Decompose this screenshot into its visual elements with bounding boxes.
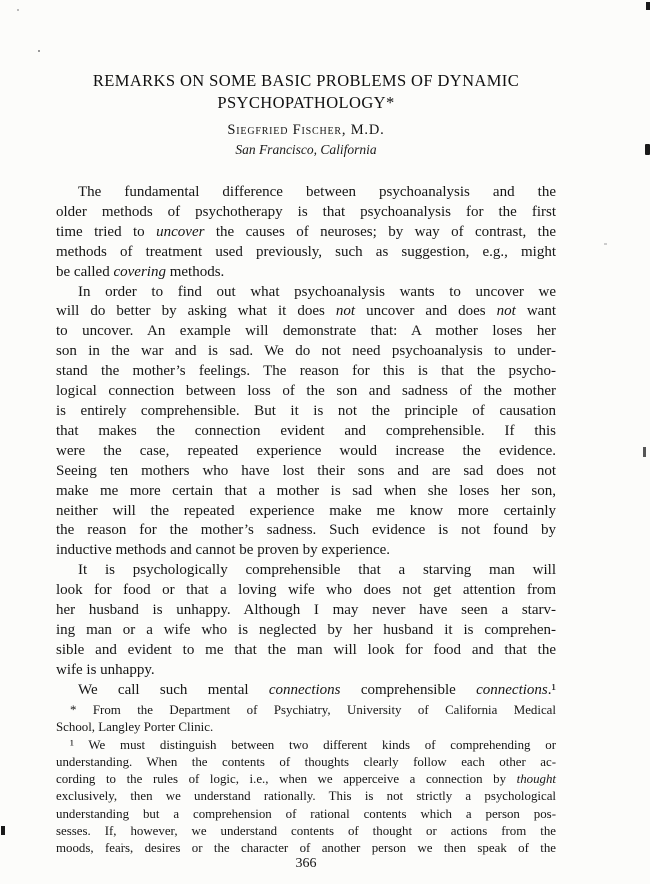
text-line: wife is unhappy. xyxy=(56,661,556,681)
scan-artifact xyxy=(646,2,650,10)
text-line: ing man or a wife who is neglected by he… xyxy=(56,621,556,641)
footnote-1: ¹ We must distinguish between two differ… xyxy=(56,737,556,858)
scan-artifact xyxy=(17,9,19,11)
text-line: is entirely comprehensible. But it is no… xyxy=(56,402,556,422)
text-line: ¹ We must distinguish between two differ… xyxy=(56,737,556,754)
text-line: will do better by asking what it does no… xyxy=(56,302,556,322)
text-line: sesses. If, however, we understand conte… xyxy=(56,823,556,840)
text-line: that makes the connection evident and co… xyxy=(56,422,556,442)
text-line: We call such mental connections comprehe… xyxy=(56,681,556,701)
article-header: REMARKS ON SOME BASIC PROBLEMS OF DYNAMI… xyxy=(56,70,556,158)
paragraph-1: The fundamental difference between psych… xyxy=(56,183,556,283)
text-line: her husband is unhappy. Although I may n… xyxy=(56,601,556,621)
footnotes-section: * From the Department of Psychiatry, Uni… xyxy=(56,702,556,857)
text-line: be called covering methods. xyxy=(56,263,556,283)
text-line: methods of treatment used previously, su… xyxy=(56,243,556,263)
text-line: School, Langley Porter Clinic. xyxy=(56,719,556,736)
text-line: older methods of psychotherapy is that p… xyxy=(56,203,556,223)
paragraph-3: It is psychologically comprehensible tha… xyxy=(56,561,556,680)
scan-artifact xyxy=(645,144,650,155)
text-line: moods, fears, desires or the character o… xyxy=(56,840,556,857)
author-name: Siegfried Fischer, M.D. xyxy=(56,122,556,139)
text-line: to uncover. An example will demonstrate … xyxy=(56,322,556,342)
text-line: sible and evident to me that the man wil… xyxy=(56,641,556,661)
text-line: * From the Department of Psychiatry, Uni… xyxy=(56,702,556,719)
author-affiliation: San Francisco, California xyxy=(56,142,556,158)
text-line: understanding. When the contents of thou… xyxy=(56,754,556,771)
title-line-1: REMARKS ON SOME BASIC PROBLEMS OF DYNAMI… xyxy=(56,70,556,92)
footnote-asterisk: * From the Department of Psychiatry, Uni… xyxy=(56,702,556,737)
scan-artifact xyxy=(604,243,607,245)
text-line: The fundamental difference between psych… xyxy=(56,183,556,203)
text-line: understanding but a comprehension of rat… xyxy=(56,806,556,823)
text-line: In order to find out what psychoanalysis… xyxy=(56,283,556,303)
text-line: exclusively, then we understand rational… xyxy=(56,788,556,805)
text-line: neither will the repeated experience mak… xyxy=(56,502,556,522)
text-line: son in the war and is sad. We do not nee… xyxy=(56,342,556,362)
article-title: REMARKS ON SOME BASIC PROBLEMS OF DYNAMI… xyxy=(56,70,556,114)
article-body: The fundamental difference between psych… xyxy=(56,183,556,701)
scan-artifact xyxy=(643,447,646,457)
text-line: inductive methods and cannot be proven b… xyxy=(56,541,556,561)
paragraph-4: We call such mental connections comprehe… xyxy=(56,681,556,701)
text-line: Seeing ten mothers who have lost their s… xyxy=(56,462,556,482)
text-line: logical connection between loss of the s… xyxy=(56,382,556,402)
page-number: 366 xyxy=(56,856,556,872)
scan-artifact xyxy=(121,843,123,845)
text-line: the reason for the mother’s sadness. Suc… xyxy=(56,521,556,541)
text-line: make me more certain that a mother is sa… xyxy=(56,482,556,502)
text-line: stand the mother’s feelings. The reason … xyxy=(56,362,556,382)
scan-artifact xyxy=(38,50,40,52)
document-page: REMARKS ON SOME BASIC PROBLEMS OF DYNAMI… xyxy=(0,0,650,884)
text-line: It is psychologically comprehensible tha… xyxy=(56,561,556,581)
text-line: cording to the rules of logic, i.e., whe… xyxy=(56,771,556,788)
text-line: time tried to uncover the causes of neur… xyxy=(56,223,556,243)
scan-artifact xyxy=(1,826,5,835)
paragraph-2: In order to find out what psychoanalysis… xyxy=(56,283,556,562)
text-line: look for food or that a loving wife who … xyxy=(56,581,556,601)
text-line: were the case, repeated experience would… xyxy=(56,442,556,462)
title-line-2: PSYCHOPATHOLOGY* xyxy=(56,92,556,114)
